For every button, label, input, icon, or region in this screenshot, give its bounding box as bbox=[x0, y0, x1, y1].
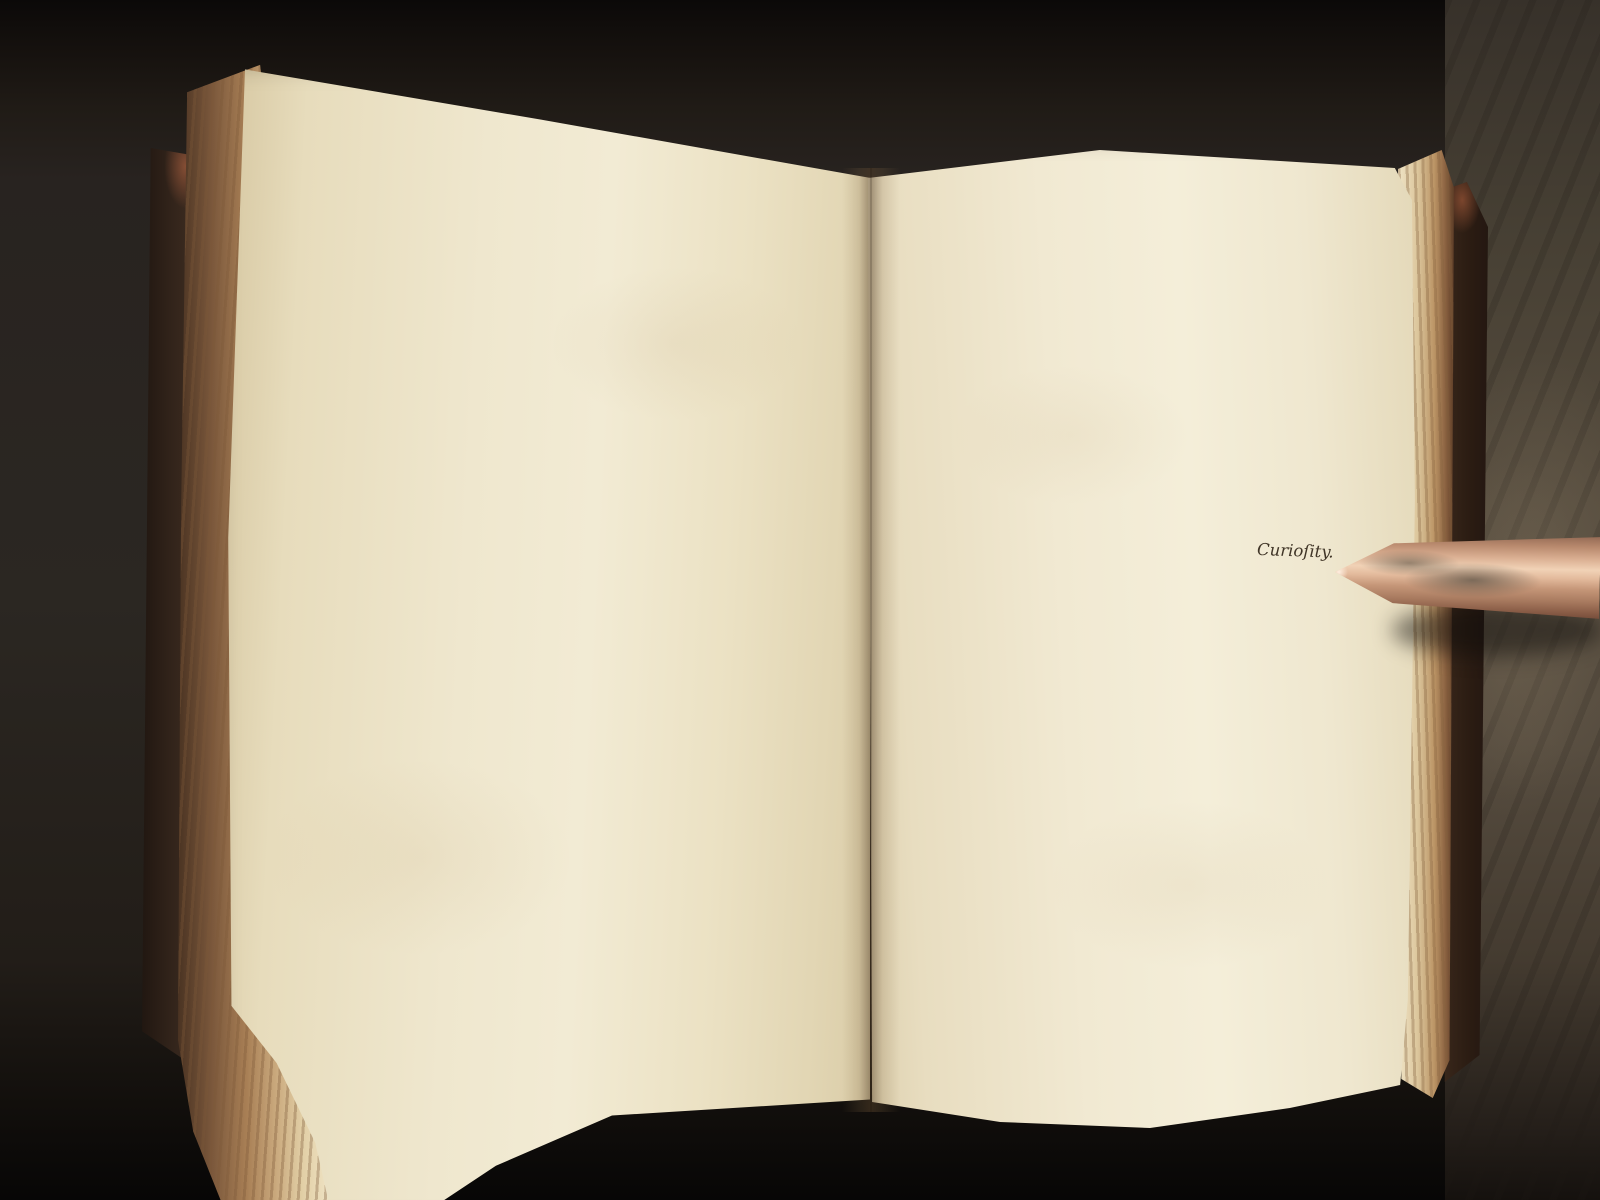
book-photo: 182 OfEducation. §. 117. Another way to … bbox=[0, 0, 1600, 1200]
right-page bbox=[865, 135, 1455, 1135]
left-page bbox=[225, 58, 870, 1200]
gutter-crease bbox=[842, 168, 900, 1112]
